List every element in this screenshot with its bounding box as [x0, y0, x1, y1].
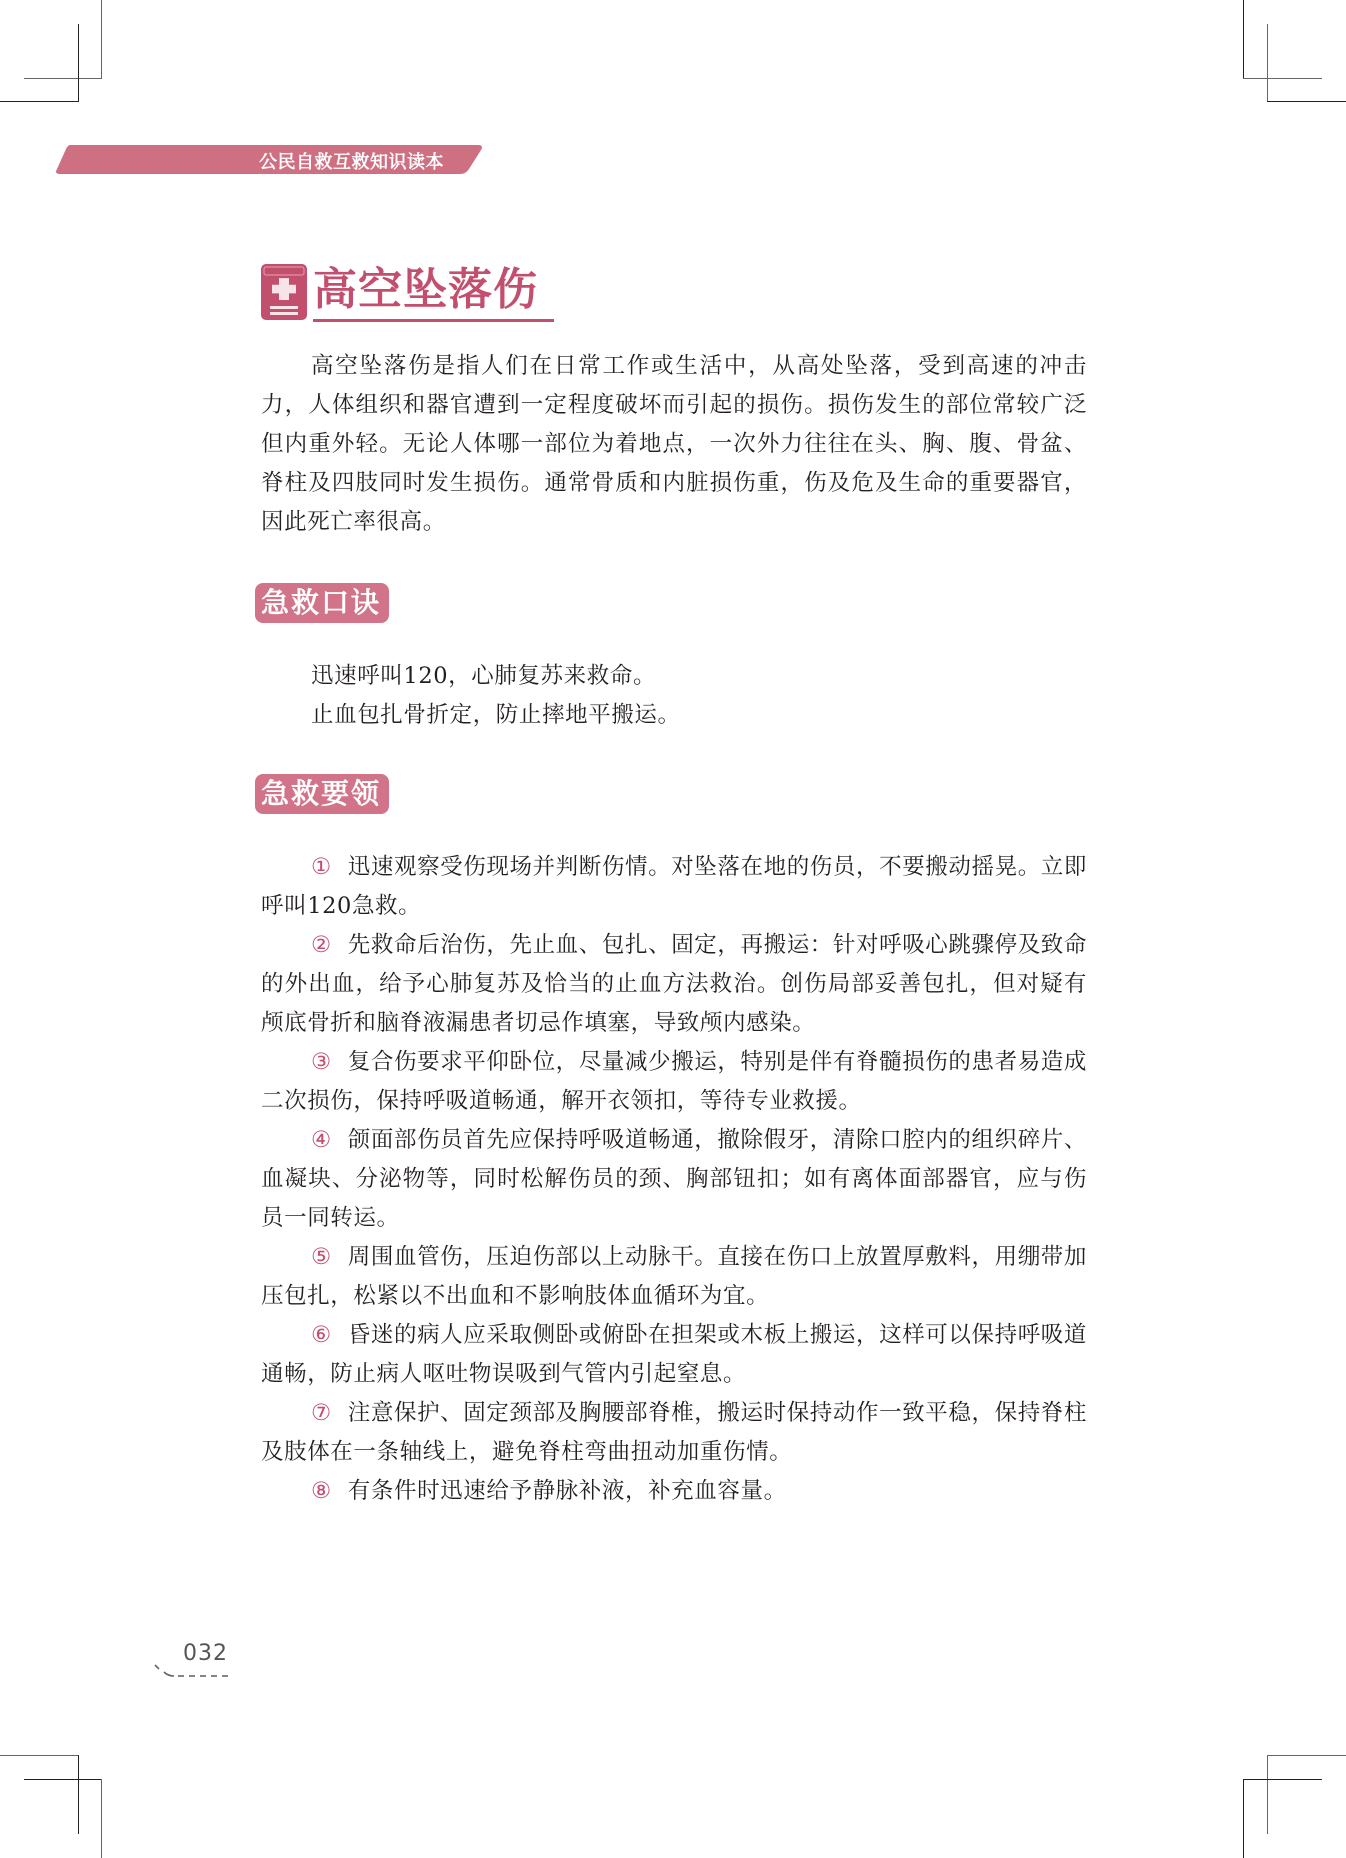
step-item: ⑥昏迷的病人应采取侧卧或俯卧在担架或木板上搬运，这样可以保持呼吸道通畅，防止病人…	[261, 1316, 1087, 1394]
step-number: ⑤	[311, 1238, 332, 1277]
rhyme-line: 迅速呼叫120，心肺复苏来救命。	[311, 657, 656, 696]
step-number: ⑧	[311, 1472, 332, 1511]
step-text: 复合伤要求平仰卧位，尽量减少搬运，特别是伴有脊髓损伤的患者易造成二次损伤，保持呼…	[261, 1049, 1087, 1114]
section-label-rhyme: 急救口诀	[255, 583, 389, 623]
crop-mark	[1243, 78, 1322, 79]
first-aid-book-icon	[261, 264, 307, 320]
crop-mark	[101, 0, 102, 79]
crop-mark	[1267, 24, 1268, 102]
step-number: ④	[311, 1121, 332, 1160]
crop-mark	[1267, 101, 1346, 102]
crop-mark	[24, 1779, 102, 1780]
step-item: ③复合伤要求平仰卧位，尽量减少搬运，特别是伴有脊髓损伤的患者易造成二次损伤，保持…	[261, 1043, 1087, 1121]
book-title: 公民自救互救知识读本	[259, 148, 444, 174]
crop-mark	[0, 1755, 79, 1756]
step-text: 颌面部伤员首先应保持呼吸道畅通，撤除假牙，清除口腔内的组织碎片、血凝块、分泌物等…	[261, 1127, 1087, 1231]
step-text: 先救命后治伤，先止血、包扎、固定，再搬运：针对呼吸心跳骤停及致命的外出血，给予心…	[261, 932, 1087, 1036]
step-number: ⑦	[311, 1394, 332, 1433]
title-text: 高空坠落伤	[313, 262, 538, 318]
crop-mark	[1243, 1779, 1244, 1858]
title-underline	[313, 319, 554, 322]
step-text: 昏迷的病人应采取侧卧或俯卧在担架或木板上搬运，这样可以保持呼吸道通畅，防止病人呕…	[261, 1322, 1087, 1387]
crop-mark	[1267, 1755, 1268, 1834]
rhyme-line: 止血包扎骨折定，防止摔地平搬运。	[311, 696, 681, 735]
step-number: ②	[311, 926, 332, 965]
step-item: ⑦注意保护、固定颈部及胸腰部脊椎，搬运时保持动作一致平稳，保持脊柱及肢体在一条轴…	[261, 1394, 1087, 1472]
crop-mark	[78, 1755, 79, 1834]
step-text: 迅速观察受伤现场并判断伤情。对坠落在地的伤员，不要搬动摇晃。立即呼叫120急救。	[261, 854, 1087, 919]
running-header: 公民自救互救知识读本	[56, 145, 482, 174]
section-label-essentials: 急救要领	[255, 774, 389, 814]
step-number: ③	[311, 1043, 332, 1082]
step-item: ①迅速观察受伤现场并判断伤情。对坠落在地的伤员，不要搬动摇晃。立即呼叫120急救…	[261, 848, 1087, 926]
intro-paragraph: 高空坠落伤是指人们在日常工作或生活中，从高处坠落，受到高速的冲击力，人体组织和器…	[261, 347, 1087, 542]
crop-mark	[1243, 0, 1244, 79]
step-number: ①	[311, 848, 332, 887]
step-number: ⑥	[311, 1316, 332, 1355]
crop-mark	[0, 101, 79, 102]
step-text: 有条件时迅速给予静脉补液，补充血容量。	[348, 1478, 787, 1504]
step-text: 周围血管伤，压迫伤部以上动脉干。直接在伤口上放置厚敷料，用绷带加压包扎，松紧以不…	[261, 1244, 1087, 1309]
step-item: ④颌面部伤员首先应保持呼吸道畅通，撤除假牙，清除口腔内的组织碎片、血凝块、分泌物…	[261, 1121, 1087, 1238]
crop-mark	[78, 24, 79, 102]
page-number: 032	[183, 1641, 228, 1666]
step-item: ②先救命后治伤，先止血、包扎、固定，再搬运：针对呼吸心跳骤停及致命的外出血，给予…	[261, 926, 1087, 1043]
step-item: ⑧有条件时迅速给予静脉补液，补充血容量。	[261, 1472, 1087, 1511]
step-item: ⑤周围血管伤，压迫伤部以上动脉干。直接在伤口上放置厚敷料，用绷带加压包扎，松紧以…	[261, 1238, 1087, 1316]
crop-mark	[1243, 1779, 1322, 1780]
crop-mark	[24, 78, 102, 79]
step-text: 注意保护、固定颈部及胸腰部脊椎，搬运时保持动作一致平稳，保持脊柱及肢体在一条轴线…	[261, 1400, 1087, 1465]
crop-mark	[101, 1779, 102, 1858]
crop-mark	[1267, 1755, 1346, 1756]
